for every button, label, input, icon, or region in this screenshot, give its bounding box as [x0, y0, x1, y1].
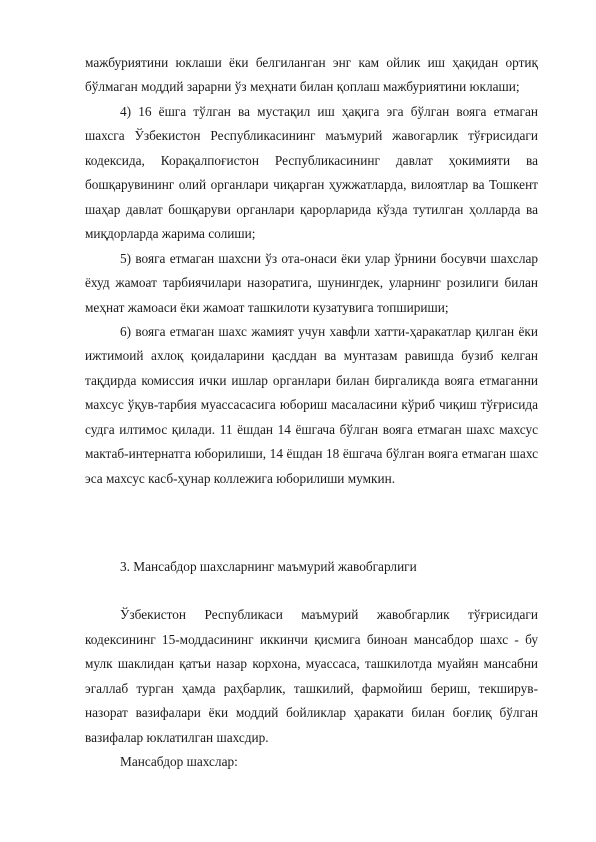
paragraph-continuation: мажбуриятини юклаши ёки белгиланган энг … [85, 51, 538, 100]
paragraph-item-5: 5) вояга етмаган шахсни ўз ота-онаси ёки… [85, 247, 538, 320]
document-page: мажбуриятини юклаши ёки белгиланган энг … [85, 51, 538, 775]
blank-space [85, 491, 538, 530]
paragraph-definition: Ўзбекистон Республикаси маъмурий жавобга… [85, 603, 538, 750]
paragraph-item-4: 4) 16 ёшга тўлган ва мустақил иш ҳақига … [85, 100, 538, 247]
blank-space [85, 579, 538, 603]
paragraph-item-6: 6) вояга етмаган шахс жамият учун хавфли… [85, 320, 538, 491]
paragraph-officials-intro: Мансабдор шахслар: [85, 750, 538, 774]
section-heading: 3. Мансабдор шахсларнинг маъмурий жавобг… [85, 555, 538, 579]
blank-space [85, 530, 538, 554]
